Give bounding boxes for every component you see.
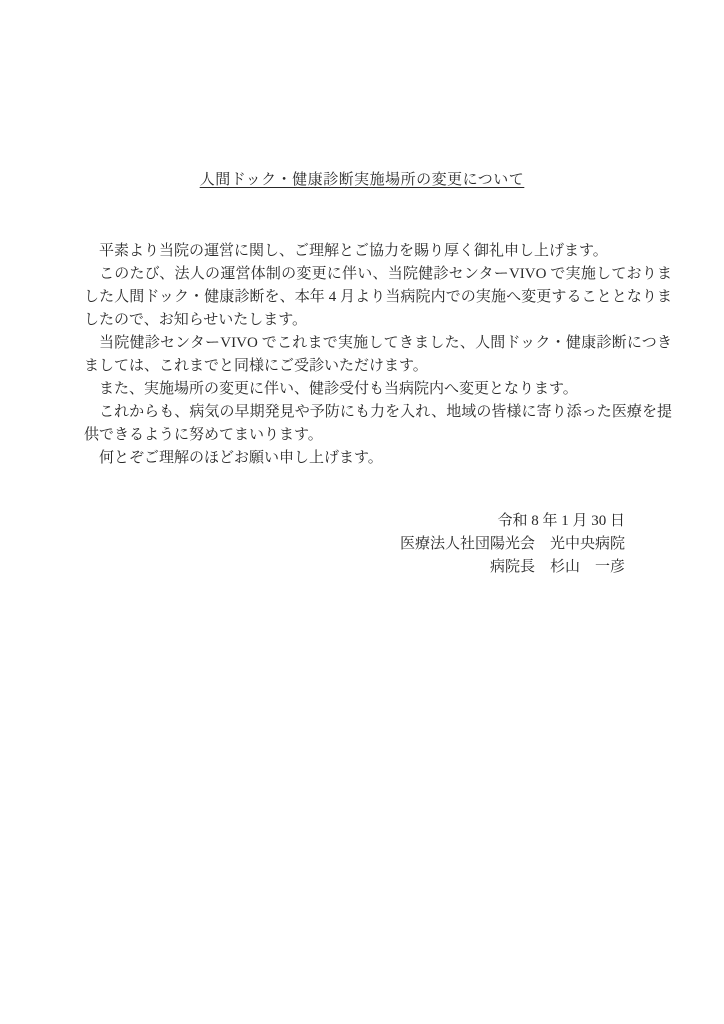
body-paragraph: このたび、法人の運営体制の変更に伴い、当院健診センターVIVO で実施しておりま… [84,263,672,332]
body-paragraph: 平素より当院の運営に関し、ご理解とご協力を賜り厚く御礼申し上げます。 [84,240,672,263]
signature-organization: 医療法人社団陽光会 光中央病院 [0,533,625,556]
document-title-text: 人間ドック・健康診断実施場所の変更について [200,172,525,188]
body-paragraph: 何とぞご理解のほどお願い申し上げます。 [84,447,672,470]
signature-signer: 病院長 杉山 一彦 [0,556,625,579]
signature-block: 令和 8 年 1 月 30 日 医療法人社団陽光会 光中央病院 病院長 杉山 一… [0,510,625,579]
body-paragraph: また、実施場所の変更に伴い、健診受付も当病院内へ変更となります。 [84,378,672,401]
body-paragraph: これからも、病気の早期発見や予防にも力を入れ、地域の皆様に寄り添った医療を提供で… [84,401,672,447]
document-body: 平素より当院の運営に関し、ご理解とご協力を賜り厚く御礼申し上げます。このたび、法… [84,240,672,470]
body-paragraph: 当院健診センターVIVO でこれまで実施してきました、人間ドック・健康診断につき… [84,332,672,378]
signature-date: 令和 8 年 1 月 30 日 [0,510,625,533]
document-page: 人間ドック・健康診断実施場所の変更について 平素より当院の運営に関し、ご理解とご… [0,0,724,1024]
document-title: 人間ドック・健康診断実施場所の変更について [0,168,724,189]
